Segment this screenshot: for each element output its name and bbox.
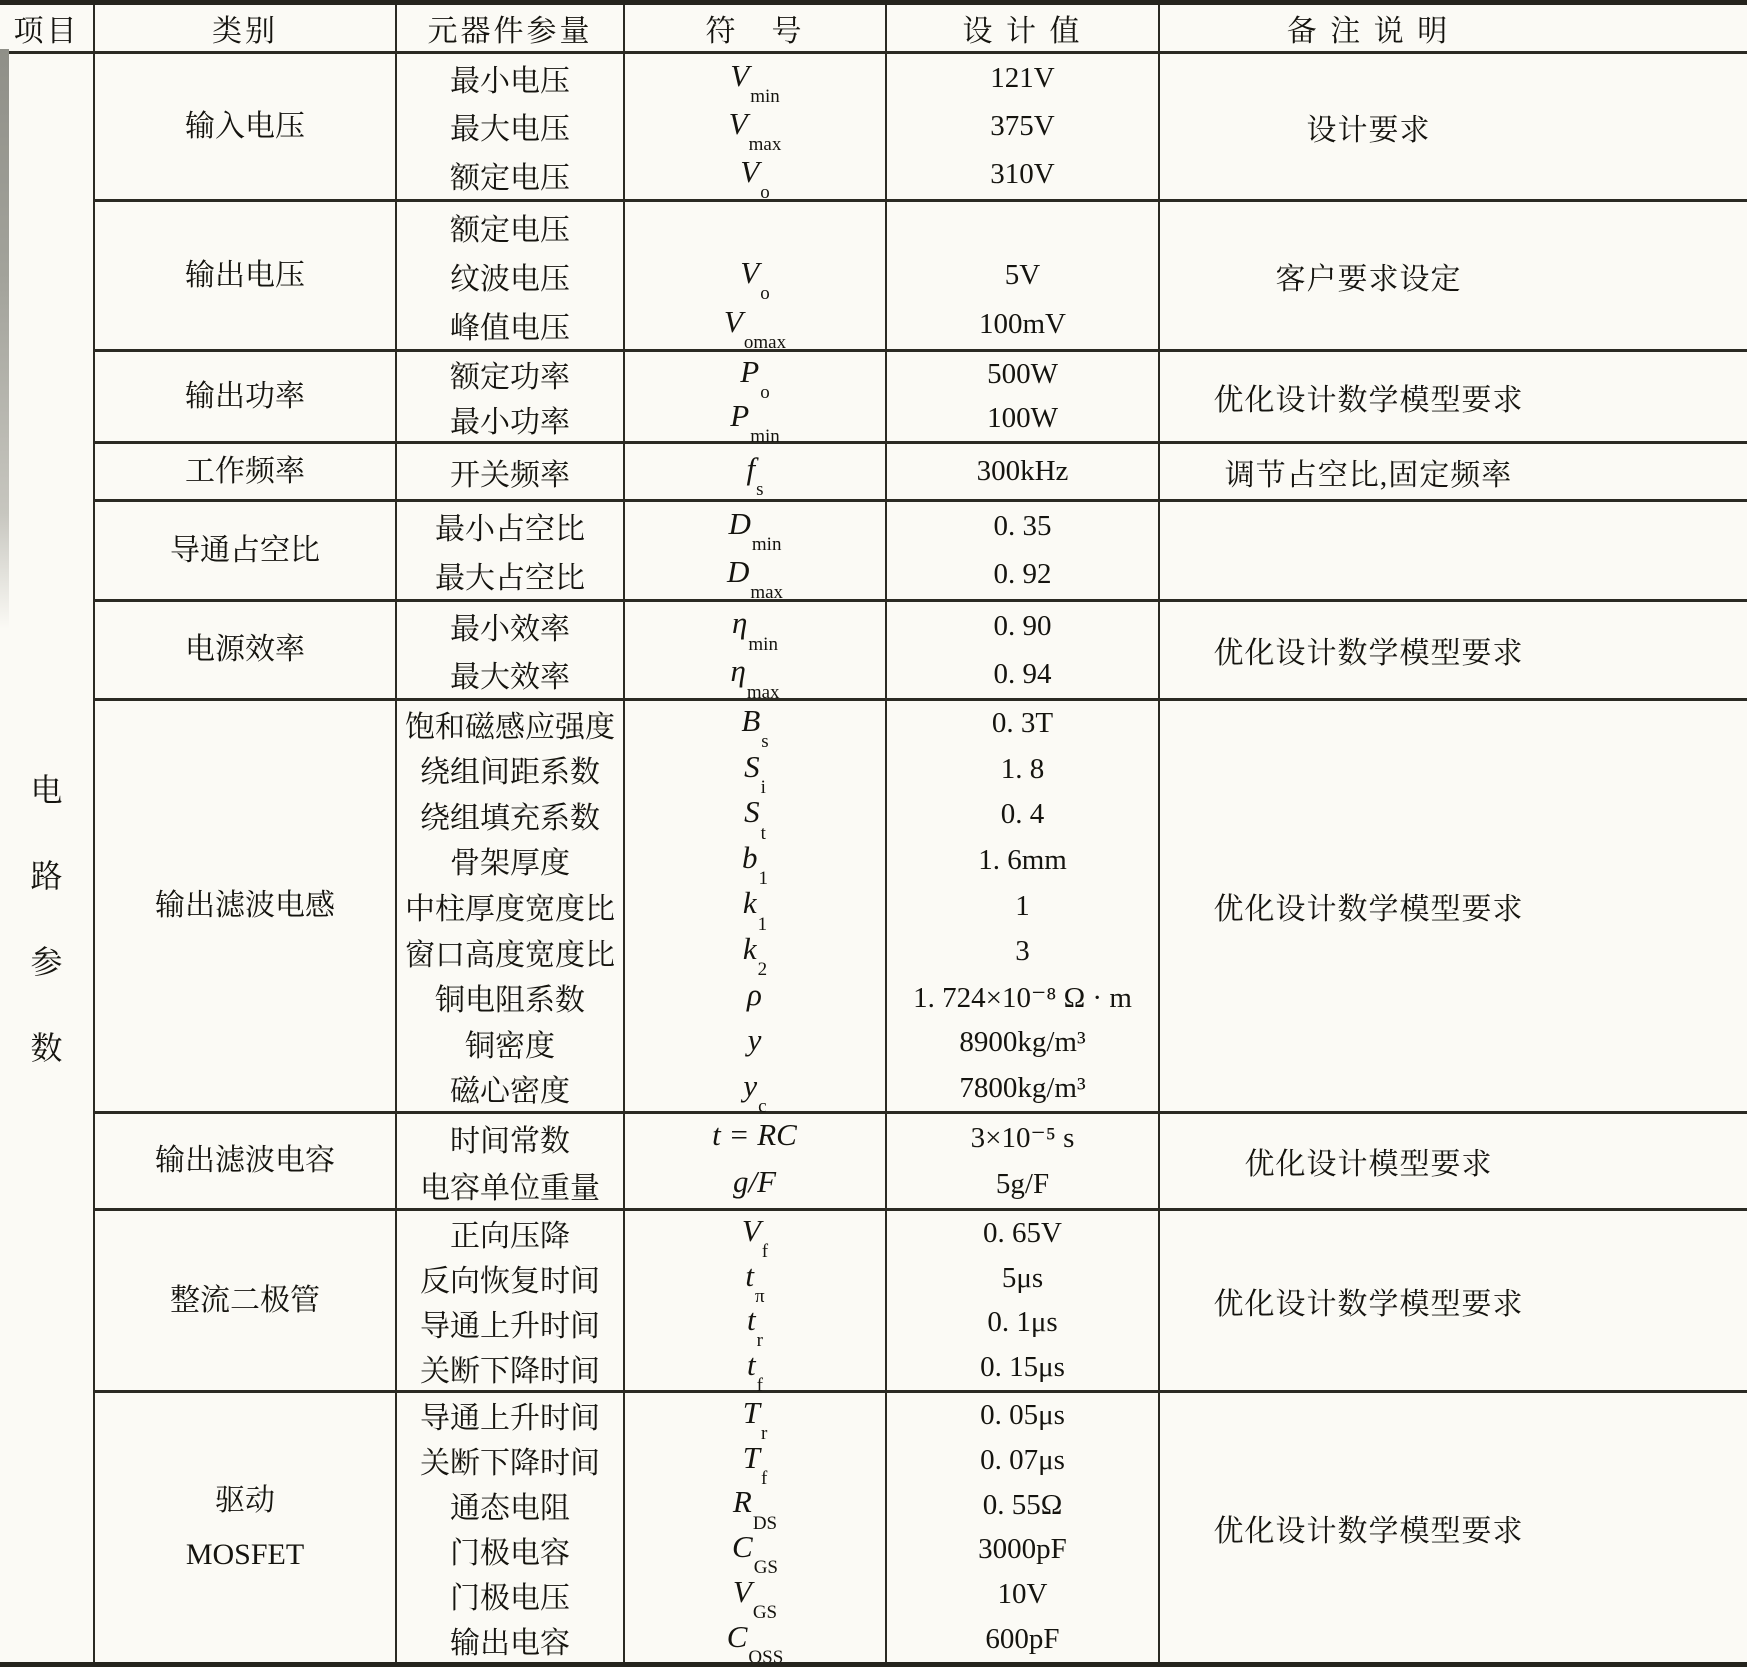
symbol-subscript: r: [757, 1330, 763, 1351]
value-cell: 0. 55Ω: [887, 1483, 1160, 1528]
symbol-subscript: OSS: [748, 1647, 783, 1667]
symbol-cell: Po: [625, 352, 887, 397]
symbol-main: η: [730, 653, 745, 688]
table-row: 纹波电压 Vo 5V: [397, 251, 1160, 300]
value-cell: 10V: [887, 1572, 1160, 1617]
parameter-rows: 最小电压 Vmin 121V 最大电压 Vmax 375V 额定电压 Vo 31…: [397, 54, 1160, 199]
param-cell: 磁心密度: [397, 1066, 625, 1112]
symbol-subscript: 1: [759, 868, 769, 889]
table-row: 中柱厚度宽度比 k1 1: [397, 883, 1160, 929]
param-cell: 最大电压: [397, 102, 625, 150]
symbol-main: y: [743, 1068, 757, 1103]
value-cell: 3×10⁻⁵ s: [887, 1114, 1160, 1161]
param-cell: 饱和磁感应强度: [397, 701, 625, 747]
table-row: 最大效率 ηmax 0. 94: [397, 650, 1160, 698]
symbol-cell: [625, 202, 887, 251]
value-cell: 300kHz: [887, 444, 1160, 499]
value-cell: 1. 724×10⁻⁸ Ω · m: [887, 974, 1160, 1020]
symbol-main: T: [743, 1440, 760, 1475]
symbol-cell: k2: [625, 929, 887, 975]
param-cell: 导通上升时间: [397, 1301, 625, 1346]
symbol-subscript: 1: [758, 914, 768, 935]
symbol-subscript: min: [750, 426, 780, 447]
symbol-main: k: [743, 885, 757, 920]
parameter-rows: 额定电压 纹波电压 Vo 5V 峰值电压 Vomax 100mV: [397, 202, 1160, 349]
parameter-rows: 额定功率 Po 500W 最小功率 Pmin 100W: [397, 352, 1160, 441]
table-row: 绕组填充系数 St 0. 4: [397, 792, 1160, 838]
category-label: 工作频率: [185, 445, 305, 499]
symbol-subscript: s: [756, 479, 763, 500]
value-cell: 5g/F: [887, 1161, 1160, 1208]
symbol-cell: Dmax: [625, 551, 887, 600]
table-row: 关断下降时间 tf 0. 15μs: [397, 1345, 1160, 1390]
symbol-main: P: [740, 354, 759, 389]
param-cell: 正向压降: [397, 1211, 625, 1256]
symbol-subscript: 2: [758, 959, 768, 980]
symbol-subscript: omax: [744, 332, 786, 353]
symbol-main: B: [741, 703, 760, 738]
category-label: 驱动: [215, 1474, 275, 1528]
param-cell: 最大占空比: [397, 551, 625, 600]
symbol-main: g/F: [733, 1164, 776, 1199]
symbol-subscript: t: [761, 823, 766, 844]
category-label: 导通占空比: [170, 524, 320, 578]
table-row: 门极电压 VGS 10V: [397, 1572, 1160, 1617]
value-cell: 7800kg/m³: [887, 1066, 1160, 1112]
parameter-rows: 饱和磁感应强度 Bs 0. 3T 绕组间距系数 Si 1. 8 绕组填充系数 S…: [397, 701, 1160, 1111]
category-label-line2: MOSFET: [186, 1528, 304, 1582]
symbol-subscript: GS: [754, 1557, 778, 1578]
remark-cell: 设计要求: [1160, 54, 1747, 199]
parameter-rows: 导通上升时间 Tr 0. 05μs 关断下降时间 Tf 0. 07μs 通态电阻…: [397, 1393, 1160, 1662]
item-char: 数: [30, 1005, 62, 1091]
section-input-voltage: 输入电压 最小电压 Vmin 121V 最大电压 Vmax 375V 额定电压: [95, 54, 1747, 202]
symbol-cell: Vmax: [625, 102, 887, 150]
category-label: 输入电压: [185, 100, 305, 154]
section-duty-cycle: 导通占空比 最小占空比 Dmin 0. 35 最大占空比 Dmax 0. 92: [95, 502, 1747, 602]
param-cell: 开关频率: [397, 444, 625, 499]
item-char: 参: [30, 919, 62, 1005]
category-label: 整流二极管: [170, 1274, 320, 1328]
section-drive-mosfet: 驱动 MOSFET 导通上升时间 Tr 0. 05μs 关断下降时间 Tf 0.…: [95, 1393, 1747, 1662]
symbol-main: t: [747, 1302, 756, 1337]
symbol-subscript: i: [761, 777, 766, 798]
symbol-main: V: [733, 1574, 752, 1609]
section-output-filter-capacitor: 输出滤波电容 时间常数 t = RC 3×10⁻⁵ s 电容单位重量 g/F 5…: [95, 1114, 1747, 1211]
value-cell: 0. 05μs: [887, 1393, 1160, 1438]
symbol-cell: t = RC: [625, 1114, 887, 1161]
parameter-rows: 最小占空比 Dmin 0. 35 最大占空比 Dmax 0. 92: [397, 502, 1160, 599]
table-row: 开关频率 fs 300kHz: [397, 444, 1160, 499]
table-row: 最小占空比 Dmin 0. 35: [397, 502, 1160, 551]
symbol-main: t = RC: [712, 1117, 797, 1152]
table-row: 关断下降时间 Tf 0. 07μs: [397, 1438, 1160, 1483]
symbol-subscript: s: [761, 731, 768, 752]
value-cell: 100W: [887, 397, 1160, 442]
table-row: 反向恢复时间 tπ 5μs: [397, 1256, 1160, 1301]
symbol-main: η: [732, 605, 747, 640]
symbol-cell: ηmax: [625, 650, 887, 698]
symbol-main: k: [743, 931, 757, 966]
value-cell: 3: [887, 929, 1160, 975]
symbol-cell: ρ: [625, 974, 887, 1020]
param-cell: 骨架厚度: [397, 838, 625, 884]
param-cell: 窗口高度宽度比: [397, 929, 625, 975]
value-cell: 600pF: [887, 1617, 1160, 1662]
value-cell: 0. 92: [887, 551, 1160, 600]
value-cell: 1. 6mm: [887, 838, 1160, 884]
table-row: 最大占空比 Dmax 0. 92: [397, 551, 1160, 600]
table-header-row: 项目 类别 元器件参量 符 号 设 计 值 备 注 说 明: [0, 5, 1747, 54]
symbol-cell: Tr: [625, 1393, 887, 1438]
symbol-main: V: [740, 154, 759, 189]
category-label: 输出滤波电容: [155, 1134, 335, 1188]
symbol-cell: tf: [625, 1345, 887, 1390]
param-cell: 中柱厚度宽度比: [397, 883, 625, 929]
category-cell: 驱动 MOSFET: [95, 1393, 397, 1662]
param-cell: 额定电压: [397, 151, 625, 199]
symbol-subscript: o: [760, 382, 770, 403]
symbol-cell: St: [625, 792, 887, 838]
value-cell: 0. 35: [887, 502, 1160, 551]
table-row: 绕组间距系数 Si 1. 8: [397, 747, 1160, 793]
value-cell: 0. 15μs: [887, 1345, 1160, 1390]
section-output-filter-inductor: 输出滤波电感 饱和磁感应强度 Bs 0. 3T 绕组间距系数 Si 1. 8 绕…: [95, 701, 1747, 1114]
value-cell: 1: [887, 883, 1160, 929]
symbol-main: f: [746, 451, 755, 486]
param-cell: 电容单位重量: [397, 1161, 625, 1208]
item-column-circuit-parameters: 电 路 参 数: [0, 54, 95, 1664]
symbol-cell: VGS: [625, 1572, 887, 1617]
param-cell: 关断下降时间: [397, 1345, 625, 1390]
symbol-subscript: max: [747, 682, 780, 703]
item-char: 电: [30, 747, 62, 833]
symbol-cell: tr: [625, 1301, 887, 1346]
table-row: 导通上升时间 tr 0. 1μs: [397, 1301, 1160, 1346]
parameter-rows: 时间常数 t = RC 3×10⁻⁵ s 电容单位重量 g/F 5g/F: [397, 1114, 1160, 1208]
symbol-main: V: [740, 255, 759, 290]
symbol-cell: CGS: [625, 1527, 887, 1572]
symbol-subscript: o: [760, 182, 770, 203]
symbol-main: y: [748, 1022, 762, 1057]
category-cell: 输出功率: [95, 352, 397, 441]
value-cell: 310V: [887, 151, 1160, 199]
value-cell: 500W: [887, 352, 1160, 397]
section-output-power: 输出功率 额定功率 Po 500W 最小功率 Pmin 100W 优化设计数学模…: [95, 352, 1747, 444]
parameter-rows: 正向压降 Vf 0. 65V 反向恢复时间 tπ 5μs 导通上升时间 tr 0…: [397, 1211, 1160, 1390]
category-label: 输出电压: [185, 249, 305, 303]
param-cell: 绕组填充系数: [397, 792, 625, 838]
table-row: 导通上升时间 Tr 0. 05μs: [397, 1393, 1160, 1438]
symbol-cell: RDS: [625, 1483, 887, 1528]
symbol-subscript: DS: [753, 1513, 777, 1534]
symbol-subscript: min: [752, 534, 782, 555]
table-row: 峰值电压 Vomax 100mV: [397, 300, 1160, 349]
symbol-cell: Vmin: [625, 54, 887, 102]
symbol-subscript: π: [755, 1286, 765, 1307]
symbol-cell: Vomax: [625, 300, 887, 349]
category-label: 电源效率: [185, 623, 305, 677]
value-cell: 0. 4: [887, 792, 1160, 838]
category-cell: 输出滤波电感: [95, 701, 397, 1111]
scanned-parameter-table-page: 项目 类别 元器件参量 符 号 设 计 值 备 注 说 明 电 路 参 数 输入…: [0, 0, 1747, 1667]
param-cell: 输出电容: [397, 1617, 625, 1662]
param-cell: 时间常数: [397, 1114, 625, 1161]
table-row: 铜密度 y 8900kg/m³: [397, 1020, 1160, 1066]
symbol-main: V: [724, 304, 743, 339]
symbol-cell: tπ: [625, 1256, 887, 1301]
remark-cell: 优化设计数学模型要求: [1160, 1393, 1747, 1662]
symbol-cell: y: [625, 1020, 887, 1066]
value-cell: 3000pF: [887, 1527, 1160, 1572]
table-row: 最小效率 ηmin 0. 90: [397, 602, 1160, 650]
table-row: 骨架厚度 b1 1. 6mm: [397, 838, 1160, 884]
symbol-main: t: [747, 1347, 756, 1382]
symbol-subscript: f: [757, 1375, 763, 1396]
symbol-main: P: [730, 398, 749, 433]
category-label: 输出功率: [185, 370, 305, 424]
symbol-subscript: o: [760, 283, 770, 304]
symbol-main: D: [727, 554, 749, 589]
remark-cell: 优化设计模型要求: [1160, 1114, 1747, 1208]
value-cell: 0. 94: [887, 650, 1160, 698]
param-cell: 最小功率: [397, 397, 625, 442]
symbol-subscript: min: [750, 86, 780, 107]
remark-cell: 客户要求设定: [1160, 202, 1747, 349]
symbol-main: V: [729, 106, 748, 141]
table-row: 铜电阻系数 ρ 1. 724×10⁻⁸ Ω · m: [397, 974, 1160, 1020]
value-cell: 1. 8: [887, 747, 1160, 793]
symbol-cell: Bs: [625, 701, 887, 747]
table-row: 门极电容 CGS 3000pF: [397, 1527, 1160, 1572]
symbol-main: T: [743, 1395, 760, 1430]
param-cell: 最小效率: [397, 602, 625, 650]
header-cell-item: 项目: [0, 5, 95, 51]
param-cell: 最小占空比: [397, 502, 625, 551]
table-row: 输出电容 COSS 600pF: [397, 1617, 1160, 1662]
symbol-main: t: [745, 1258, 754, 1293]
table-row: 最大电压 Vmax 375V: [397, 102, 1160, 150]
value-cell: 8900kg/m³: [887, 1020, 1160, 1066]
value-cell: 0. 07μs: [887, 1438, 1160, 1483]
sections-stack: 输入电压 最小电压 Vmin 121V 最大电压 Vmax 375V 额定电压: [95, 54, 1747, 1664]
value-cell: [887, 202, 1160, 251]
symbol-subscript: GS: [753, 1602, 777, 1623]
section-working-frequency: 工作频率 开关频率 fs 300kHz 调节占空比,固定频率: [95, 444, 1747, 502]
remark-cell: 优化设计数学模型要求: [1160, 602, 1747, 698]
symbol-cell: Tf: [625, 1438, 887, 1483]
symbol-main: C: [727, 1619, 748, 1654]
category-cell: 导通占空比: [95, 502, 397, 599]
remark-cell: 优化设计数学模型要求: [1160, 352, 1747, 441]
header-cell-symbol: 符 号: [625, 5, 887, 51]
param-cell: 峰值电压: [397, 300, 625, 349]
header-cell-category: 类别: [95, 5, 397, 51]
symbol-cell: ηmin: [625, 602, 887, 650]
symbol-main: b: [742, 840, 758, 875]
header-cell-remark: 备 注 说 明: [1160, 5, 1747, 51]
param-cell: 门极电压: [397, 1572, 625, 1617]
scan-edge-artifact: [0, 49, 9, 629]
param-cell: 纹波电压: [397, 251, 625, 300]
symbol-main: D: [729, 506, 751, 541]
value-cell: 100mV: [887, 300, 1160, 349]
category-cell: 整流二极管: [95, 1211, 397, 1390]
symbol-subscript: f: [761, 1468, 767, 1489]
param-cell: 绕组间距系数: [397, 747, 625, 793]
symbol-main: ρ: [747, 977, 762, 1012]
symbol-main: C: [732, 1529, 753, 1564]
table-row: 额定电压 Vo 310V: [397, 151, 1160, 199]
parameter-rows: 最小效率 ηmin 0. 90 最大效率 ηmax 0. 94: [397, 602, 1160, 698]
symbol-main: V: [730, 58, 749, 93]
param-cell: 关断下降时间: [397, 1438, 625, 1483]
symbol-subscript: min: [748, 634, 778, 655]
symbol-main: S: [744, 794, 760, 829]
table-row: 电容单位重量 g/F 5g/F: [397, 1161, 1160, 1208]
param-cell: 额定电压: [397, 202, 625, 251]
table-row: 窗口高度宽度比 k2 3: [397, 929, 1160, 975]
parameter-rows: 开关频率 fs 300kHz: [397, 444, 1160, 499]
param-cell: 通态电阻: [397, 1483, 625, 1528]
header-cell-design-value: 设 计 值: [887, 5, 1160, 51]
symbol-main: R: [733, 1484, 752, 1519]
param-cell: 最小电压: [397, 54, 625, 102]
value-cell: 5μs: [887, 1256, 1160, 1301]
param-cell: 门极电容: [397, 1527, 625, 1572]
category-cell: 输出电压: [95, 202, 397, 349]
param-cell: 导通上升时间: [397, 1393, 625, 1438]
value-cell: 121V: [887, 54, 1160, 102]
symbol-cell: yc: [625, 1066, 887, 1112]
remark-cell: 优化设计数学模型要求: [1160, 701, 1747, 1111]
remark-cell: [1160, 502, 1747, 599]
table-body: 电 路 参 数 输入电压 最小电压 Vmin 121V 最大电压 Vmax: [0, 54, 1747, 1664]
category-cell: 工作频率: [95, 444, 397, 499]
param-cell: 铜密度: [397, 1020, 625, 1066]
table-row: 磁心密度 yc 7800kg/m³: [397, 1066, 1160, 1112]
remark-cell: 优化设计数学模型要求: [1160, 1211, 1747, 1390]
param-cell: 反向恢复时间: [397, 1256, 625, 1301]
category-cell: 输入电压: [95, 54, 397, 199]
table-row: 最小电压 Vmin 121V: [397, 54, 1160, 102]
symbol-subscript: max: [749, 134, 782, 155]
symbol-cell: COSS: [625, 1617, 887, 1662]
value-cell: 0. 3T: [887, 701, 1160, 747]
table-row: 最小功率 Pmin 100W: [397, 397, 1160, 442]
param-cell: 额定功率: [397, 352, 625, 397]
item-char: 路: [30, 833, 62, 919]
symbol-main: V: [742, 1213, 761, 1248]
remark-cell: 调节占空比,固定频率: [1160, 444, 1747, 499]
symbol-cell: Dmin: [625, 502, 887, 551]
table-row: 正向压降 Vf 0. 65V: [397, 1211, 1160, 1256]
symbol-cell: fs: [625, 444, 887, 499]
symbol-cell: g/F: [625, 1161, 887, 1208]
section-rectifier-diode: 整流二极管 正向压降 Vf 0. 65V 反向恢复时间 tπ 5μs 导通上升时…: [95, 1211, 1747, 1393]
value-cell: 375V: [887, 102, 1160, 150]
symbol-cell: Si: [625, 747, 887, 793]
table-row: 通态电阻 RDS 0. 55Ω: [397, 1483, 1160, 1528]
table-row: 额定功率 Po 500W: [397, 352, 1160, 397]
param-cell: 铜电阻系数: [397, 974, 625, 1020]
category-cell: 输出滤波电容: [95, 1114, 397, 1208]
symbol-cell: Vo: [625, 251, 887, 300]
symbol-subscript: f: [762, 1241, 768, 1262]
value-cell: 5V: [887, 251, 1160, 300]
value-cell: 0. 90: [887, 602, 1160, 650]
value-cell: 0. 1μs: [887, 1301, 1160, 1346]
table-row: 时间常数 t = RC 3×10⁻⁵ s: [397, 1114, 1160, 1161]
section-power-efficiency: 电源效率 最小效率 ηmin 0. 90 最大效率 ηmax 0. 94 优化设…: [95, 602, 1747, 701]
category-cell: 电源效率: [95, 602, 397, 698]
symbol-cell: Pmin: [625, 397, 887, 442]
symbol-cell: k1: [625, 883, 887, 929]
symbol-cell: Vf: [625, 1211, 887, 1256]
table-row: 额定电压: [397, 202, 1160, 251]
header-cell-parameter: 元器件参量: [397, 5, 625, 51]
symbol-main: S: [744, 749, 760, 784]
symbol-subscript: c: [758, 1096, 766, 1117]
symbol-cell: Vo: [625, 151, 887, 199]
param-cell: 最大效率: [397, 650, 625, 698]
section-output-voltage: 输出电压 额定电压 纹波电压 Vo 5V 峰值电压 Vomax: [95, 202, 1747, 352]
symbol-cell: b1: [625, 838, 887, 884]
table-row: 饱和磁感应强度 Bs 0. 3T: [397, 701, 1160, 747]
value-cell: 0. 65V: [887, 1211, 1160, 1256]
symbol-subscript: r: [761, 1423, 767, 1444]
symbol-subscript: max: [750, 582, 783, 603]
category-label: 输出滤波电感: [155, 879, 335, 933]
